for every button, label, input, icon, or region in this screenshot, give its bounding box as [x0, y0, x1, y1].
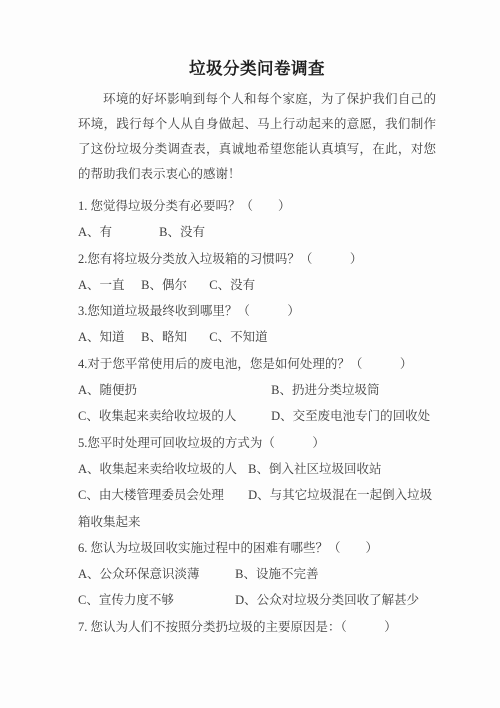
question-5-option-d: D、与其它垃圾混在一起倒入垃圾 — [248, 482, 432, 508]
question-5-option-c: C、由大楼管理委员会处理 — [78, 482, 245, 508]
question-1-options: A、有 B、没有 — [78, 219, 436, 245]
question-3-option-b: B、略知 — [141, 324, 206, 350]
document-content: 垃圾分类问卷调查 环境的好坏影响到每个人和每个家庭，为了保护我们自己的环境，践行… — [0, 0, 500, 640]
question-6-options-row-1: A、公众环保意识淡薄 B、设施不完善 — [78, 561, 436, 587]
question-4: 4.对于您平常使用后的废电池，您是如何处理的？（ ） — [78, 351, 436, 377]
question-5: 5.您平时处理可回收垃圾的方式为（ ） — [78, 430, 436, 456]
question-2-option-c: C、没有 — [209, 272, 255, 298]
question-4-option-a: A、随便扔 — [78, 377, 268, 403]
question-2: 2.您有将垃圾分类放入垃圾箱的习惯吗？（ ） — [78, 246, 436, 272]
question-1: 1. 您觉得垃圾分类有必要吗？（ ） — [78, 193, 436, 219]
question-2-options: A、一直 B、偶尔 C、没有 — [78, 272, 436, 298]
question-3-option-a: A、知道 — [78, 324, 138, 350]
question-3-options: A、知道 B、略知 C、不知道 — [78, 324, 436, 350]
question-4-option-d: D、交至废电池专门的回收处 — [271, 403, 430, 429]
intro-paragraph: 环境的好坏影响到每个人和每个家庭，为了保护我们自己的环境，践行每个人从自身做起、… — [78, 87, 436, 187]
question-3-option-c: C、不知道 — [209, 324, 267, 350]
question-4-option-b: B、扔进分类垃圾筒 — [271, 377, 379, 403]
question-4-options-row-1: A、随便扔 B、扔进分类垃圾筒 — [78, 377, 436, 403]
question-1-option-a: A、有 — [78, 219, 156, 245]
question-5-option-a: A、收集起来卖给收垃圾的人 — [78, 456, 245, 482]
question-5-option-b: B、倒入社区垃圾回收站 — [248, 456, 381, 482]
question-3: 3.您知道垃圾最终收到哪里？（ ） — [78, 298, 436, 324]
question-7: 7. 您认为人们不按照分类扔垃圾的主要原因是：（ ） — [78, 614, 436, 640]
question-6-option-c: C、宣传力度不够 — [78, 587, 232, 613]
question-5-option-d-wrap: 箱收集起来 — [78, 509, 436, 535]
question-4-option-c: C、收集起来卖给收垃圾的人 — [78, 403, 268, 429]
question-6-option-a: A、公众环保意识淡薄 — [78, 561, 232, 587]
document-page: 垃圾分类问卷调查 环境的好坏影响到每个人和每个家庭，为了保护我们自己的环境，践行… — [0, 0, 500, 708]
question-2-option-b: B、偶尔 — [141, 272, 206, 298]
question-1-option-b: B、没有 — [159, 219, 205, 245]
question-2-option-a: A、一直 — [78, 272, 138, 298]
question-5-options-row-2: C、由大楼管理委员会处理 D、与其它垃圾混在一起倒入垃圾 — [78, 482, 436, 508]
question-6-option-b: B、设施不完善 — [235, 561, 318, 587]
document-title: 垃圾分类问卷调查 — [78, 56, 436, 82]
question-6-options-row-2: C、宣传力度不够 D、公众对垃圾分类回收了解甚少 — [78, 587, 436, 613]
question-4-options-row-2: C、收集起来卖给收垃圾的人 D、交至废电池专门的回收处 — [78, 403, 436, 429]
question-6-option-d: D、公众对垃圾分类回收了解甚少 — [235, 587, 419, 613]
question-6: 6. 您认为垃圾回收实施过程中的困难有哪些？（ ） — [78, 535, 436, 561]
question-5-options-row-1: A、收集起来卖给收垃圾的人 B、倒入社区垃圾回收站 — [78, 456, 436, 482]
question-list: 1. 您觉得垃圾分类有必要吗？（ ） A、有 B、没有 2.您有将垃圾分类放入垃… — [78, 193, 436, 640]
